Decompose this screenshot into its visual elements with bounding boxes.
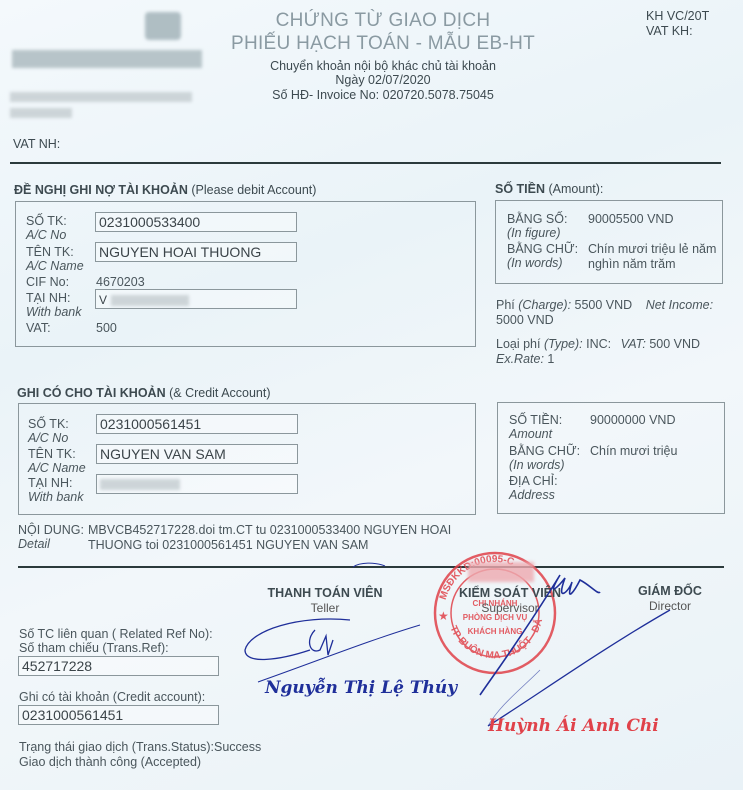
amount-figure-label: BẰNG SỐ:(In figure)	[507, 212, 567, 240]
credit-title-vn: GHI CÓ CHO TÀI KHOẢN	[17, 386, 166, 400]
credit-acc-no-field: 0231000561451	[96, 414, 298, 434]
debit-cif-value: 4670203	[96, 275, 145, 289]
teller-subtitle: Teller	[255, 601, 395, 615]
debit-acc-no-field: 0231000533400	[95, 212, 297, 232]
credit-acc-no-label: SỐ TK:A/C No	[28, 417, 69, 445]
credit-bank-blurred	[100, 479, 180, 490]
amount-title-en: (Amount):	[549, 182, 604, 196]
credit-account-label: Ghi có tài khoản (Credit account):	[19, 690, 205, 704]
debit-cif-label: CIF No:	[26, 275, 69, 289]
credit-bank-label: TẠI NH:With bank	[28, 476, 83, 504]
header-divider	[10, 162, 721, 164]
bank-address-blurred	[10, 92, 192, 102]
fee-type-line: Loại phí (Type): INC: VAT: 500 VND	[496, 337, 700, 351]
debit-vat-value: 500	[96, 321, 117, 335]
logo-mark-icon	[145, 12, 181, 40]
related-ref-label: Số TC liên quan ( Related Ref No):	[19, 627, 213, 641]
footer-divider	[18, 566, 724, 568]
trans-status: Trạng thái giao dịch (Trans.Status):Succ…	[19, 740, 261, 754]
detail-line2: THUONG toi 0231000561451 NGUYEN VAN SAM	[88, 538, 368, 552]
net-income-label: Net Income:	[646, 298, 713, 312]
amount-words-line2: nghìn năm trăm	[588, 257, 676, 271]
credit-amount-label: SỐ TIỀN:Amount	[509, 413, 562, 441]
debit-bank-blurred	[111, 295, 189, 306]
credit-words-value: Chín mươi triệu	[590, 444, 677, 458]
credit-acc-name-field: NGUYEN VAN SAM	[96, 444, 298, 464]
debit-acc-name-field: NGUYEN HOAI THUONG	[95, 242, 297, 262]
doc-date: Ngày 02/07/2020	[213, 73, 553, 87]
detail-line1: MBVCB452717228.doi tm.CT tu 023100053340…	[88, 523, 451, 537]
bank-address-blurred-2	[10, 108, 72, 118]
amount-words-label: BẰNG CHỮ:(In words)	[507, 242, 578, 270]
svg-text:KHÁCH HÀNG: KHÁCH HÀNG	[468, 627, 523, 636]
amount-figure-value: 90005500 VND	[588, 212, 673, 226]
teller-title: THANH TOÁN VIÊN	[255, 586, 395, 600]
doc-title: CHỨNG TỪ GIAO DỊCH	[213, 10, 553, 32]
debit-title-en: (Please debit Account)	[191, 183, 316, 197]
supervisor-title: KIỂM SOÁT VIÊN	[440, 586, 580, 600]
debit-title-vn: ĐỀ NGHỊ GHI NỢ TÀI KHOẢN	[14, 183, 188, 197]
kh-code: KH VC/20T	[646, 9, 709, 23]
doc-subtitle-form: PHIẾU HẠCH TOÁN - MẪU EB-HT	[213, 33, 553, 55]
debit-acc-no-label: SỐ TK:A/C No	[26, 214, 67, 242]
amount-section-title: SỐ TIỀN (Amount):	[495, 182, 603, 196]
bank-logo	[10, 10, 205, 70]
debit-vat-label: VAT:	[26, 321, 51, 335]
charge-line: Phí (Charge): 5500 VND Net Income:	[496, 298, 713, 312]
supervisor-signature-name: Huỳnh Ái Anh Chi	[488, 716, 659, 736]
debit-section-title: ĐỀ NGHỊ GHI NỢ TÀI KHOẢN (Please debit A…	[14, 183, 316, 197]
stamp-blurred	[468, 562, 534, 582]
detail-label: NỘI DUNG:Detail	[18, 523, 84, 551]
credit-account-field: 0231000561451	[18, 705, 219, 725]
credit-acc-name-label: TÊN TK:A/C Name	[28, 447, 86, 475]
credit-amount-value: 90000000 VND	[590, 413, 675, 427]
debit-bank-field: V	[95, 289, 297, 309]
debit-bank-value: V	[99, 293, 107, 307]
logo-wordmark	[12, 50, 202, 68]
amount-words-line1: Chín mươi triệu lẻ năm	[588, 242, 716, 256]
net-income-value: 5000 VND	[496, 313, 554, 327]
invoice-number: Số HĐ- Invoice No: 020720.5078.75045	[213, 88, 553, 102]
debit-acc-name-label: TÊN TK:A/C Name	[26, 245, 84, 273]
exchange-rate: Ex.Rate: 1	[496, 352, 554, 366]
transfer-type: Chuyển khoản nội bộ khác chủ tài khoản	[213, 59, 553, 73]
credit-address-label: ĐỊA CHỈ:Address	[509, 474, 558, 502]
vat-kh: VAT KH:	[646, 24, 693, 38]
trans-ref-label: Số tham chiếu (Trans.Ref):	[19, 641, 169, 655]
amount-title-vn: SỐ TIỀN	[495, 182, 545, 196]
director-subtitle: Director	[600, 599, 740, 613]
credit-bank-field	[96, 474, 298, 494]
credit-section-title: GHI CÓ CHO TÀI KHOẢN (& Credit Account)	[17, 386, 271, 400]
director-title: GIÁM ĐỐC	[600, 584, 740, 598]
credit-title-en: (& Credit Account)	[169, 386, 270, 400]
credit-words-label: BẰNG CHỮ:(In words)	[509, 444, 580, 472]
teller-signature-name: Nguyễn Thị Lệ Thúy	[265, 678, 457, 698]
trans-accepted: Giao dịch thành công (Accepted)	[19, 755, 201, 769]
trans-ref-field: 452717228	[18, 656, 219, 676]
vat-nh: VAT NH:	[13, 137, 60, 151]
debit-bank-label: TẠI NH:With bank	[26, 291, 81, 319]
supervisor-subtitle: Supervisor	[440, 601, 580, 615]
